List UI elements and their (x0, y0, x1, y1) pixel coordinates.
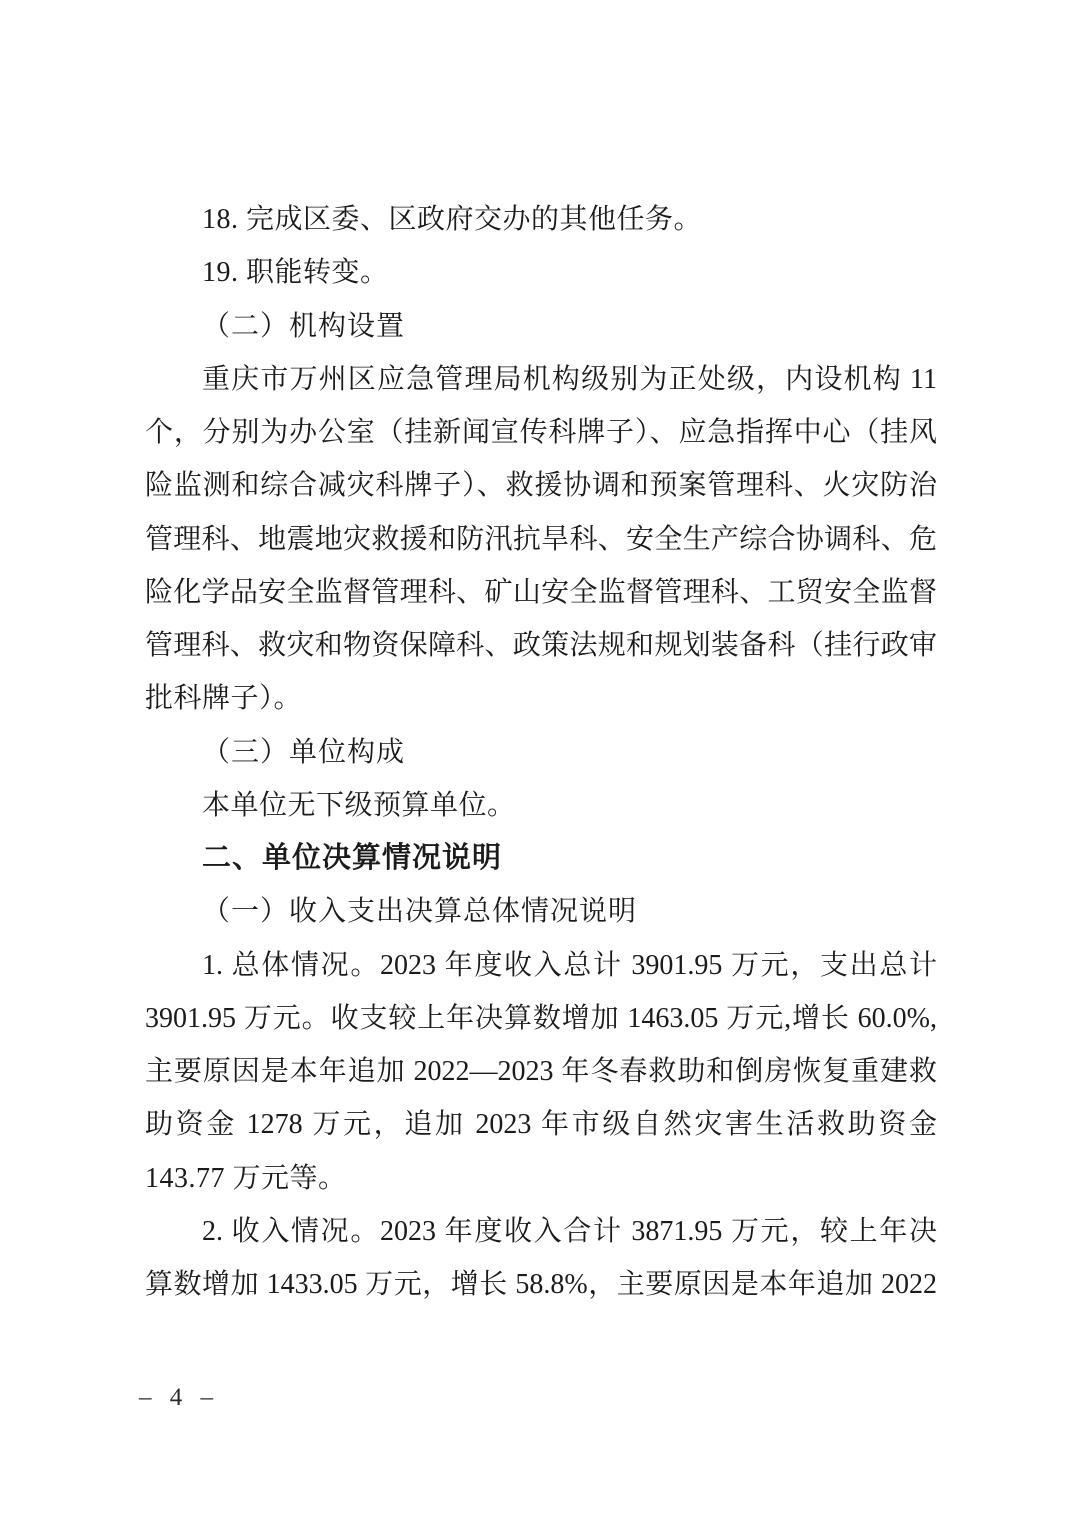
document-body: 18. 完成区委、区政府交办的其他任务。19. 职能转变。（二）机构设置重庆市万… (145, 193, 937, 1311)
body-text-line: 3901.95 万元。收支较上年决算数增加 1463.05 万元,增长 60.0… (145, 992, 937, 1045)
body-text-line: 本单位无下级预算单位。 (145, 779, 937, 832)
subsection-heading: （三）单位构成 (145, 726, 937, 779)
body-text-line: 18. 完成区委、区政府交办的其他任务。 (145, 193, 937, 246)
page-number: – 4 – (139, 1384, 219, 1412)
body-text-line: 143.77 万元等。 (145, 1152, 937, 1205)
document-page: 18. 完成区委、区政府交办的其他任务。19. 职能转变。（二）机构设置重庆市万… (0, 0, 1074, 1520)
body-text-line: 主要原因是本年追加 2022—2023 年冬春救助和倒房恢复重建救 (145, 1045, 937, 1098)
body-text-line: 险化学品安全监督管理科、矿山安全监督管理科、工贸安全监督 (145, 566, 937, 619)
body-text-line: 2. 收入情况。2023 年度收入合计 3871.95 万元，较上年决 (145, 1205, 937, 1258)
section-heading: 二、单位决算情况说明 (145, 832, 937, 885)
body-text-line: 19. 职能转变。 (145, 246, 937, 299)
body-text-line: 1. 总体情况。2023 年度收入总计 3901.95 万元，支出总计 (145, 939, 937, 992)
body-text-line: 批科牌子）。 (145, 672, 937, 725)
body-text-line: 重庆市万州区应急管理局机构级别为正处级，内设机构 11 (145, 353, 937, 406)
body-text-line: 助资金 1278 万元，追加 2023 年市级自然灾害生活救助资金 (145, 1098, 937, 1151)
body-text-line: 个，分别为办公室（挂新闻宣传科牌子）、应急指挥中心（挂风 (145, 406, 937, 459)
body-text-line: 险监测和综合减灾科牌子）、救援协调和预案管理科、火灾防治 (145, 459, 937, 512)
body-text-line: 管理科、地震地灾救援和防汛抗旱科、安全生产综合协调科、危 (145, 513, 937, 566)
subsection-heading: （二）机构设置 (145, 300, 937, 353)
subsection-heading: （一）收入支出决算总体情况说明 (145, 885, 937, 938)
body-text-line: 管理科、救灾和物资保障科、政策法规和规划装备科（挂行政审 (145, 619, 937, 672)
body-text-line: 算数增加 1433.05 万元，增长 58.8%，主要原因是本年追加 2022 (145, 1258, 937, 1311)
